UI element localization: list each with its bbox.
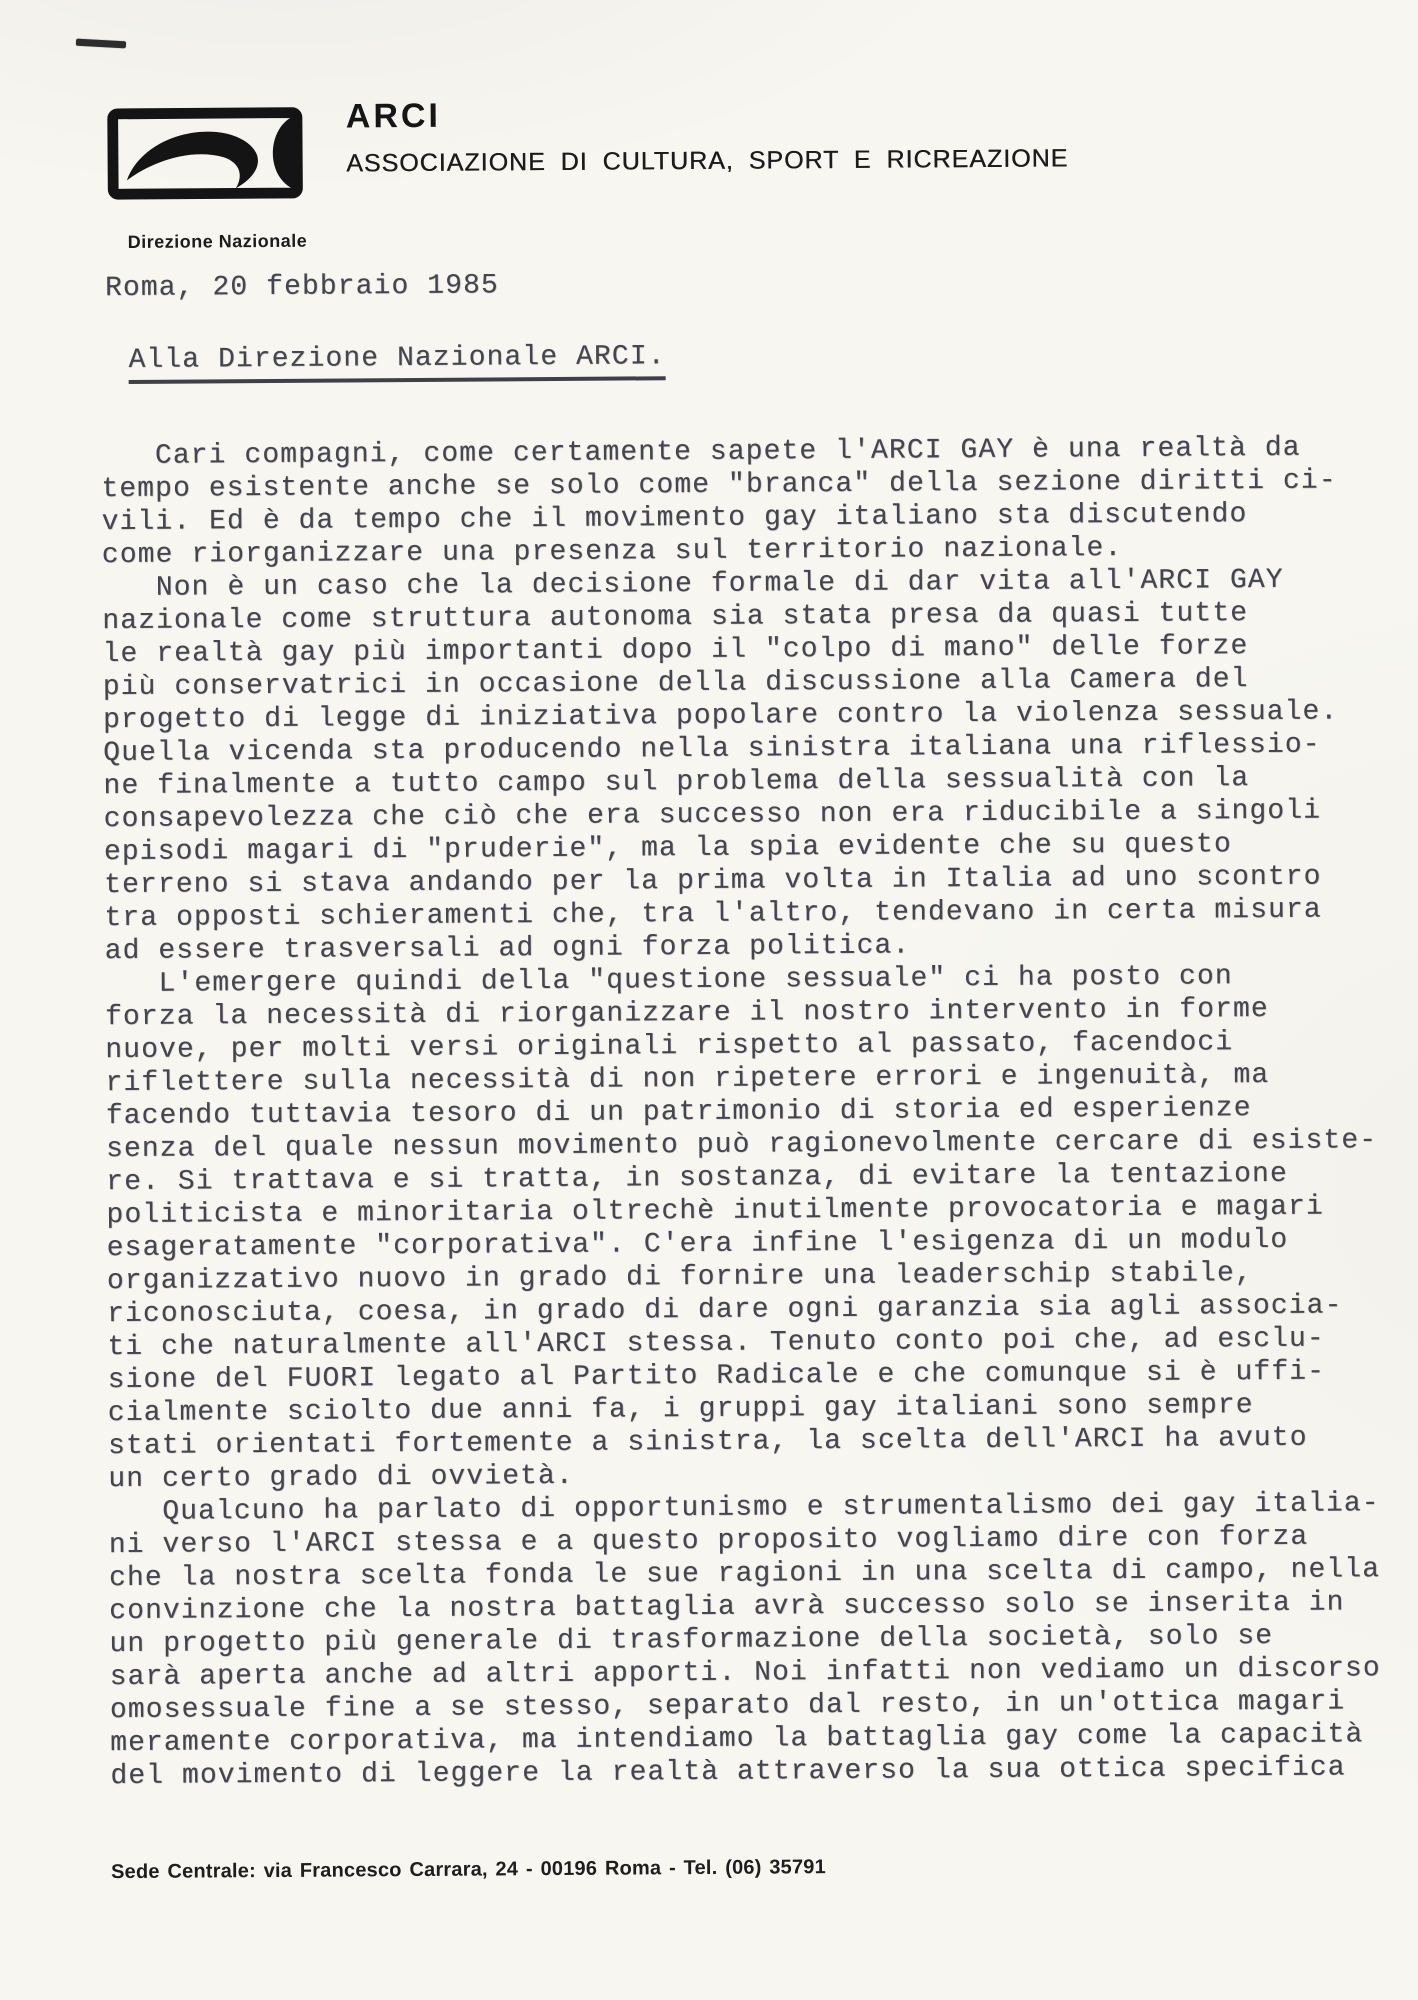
paragraph-2: Non è un caso che la decisione formale d… — [102, 563, 1405, 968]
org-name: ASSOCIAZIONE DI CULTURA, SPORT E RICREAZ… — [346, 144, 1068, 178]
salutation-row: Alla Direzione Nazionale ARCI. — [128, 341, 665, 384]
letter-page: ARCI ASSOCIAZIONE DI CULTURA, SPORT E RI… — [0, 0, 1418, 2000]
paragraph-3: L'emergere quindi della "questione sessu… — [105, 959, 1409, 1496]
division-label: Direzione Nazionale — [128, 231, 308, 253]
org-acronym: ARCI — [346, 97, 441, 137]
dateline: Roma, 20 febbraio 1985 — [105, 270, 499, 304]
footer-address: Sede Centrale: via Francesco Carrara, 24… — [111, 1856, 826, 1884]
letter-body: Cari compagni, come certamente sapete l'… — [101, 431, 1410, 1793]
page-content: ARCI ASSOCIAZIONE DI CULTURA, SPORT E RI… — [0, 0, 1418, 2000]
paragraph-1: Cari compagni, come certamente sapete l'… — [101, 431, 1402, 572]
salutation: Alla Direzione Nazionale ARCI. — [128, 341, 665, 384]
arci-logo-icon — [107, 106, 304, 201]
arci-logo — [107, 106, 304, 201]
paragraph-4: Qualcuno ha parlato di opportunismo e st… — [108, 1487, 1410, 1793]
